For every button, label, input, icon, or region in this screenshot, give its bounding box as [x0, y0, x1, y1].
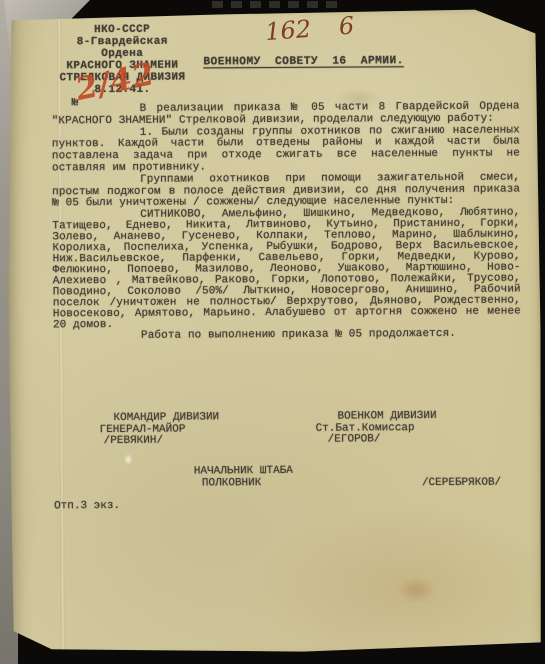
copies-note: Отп.3 экз. [54, 501, 120, 513]
paper-damage-spot [124, 454, 133, 465]
paragraph-settlements-list: СИТНИКОВО, Амельфино, Шишкино, Медведков… [52, 208, 521, 332]
signature-block-commissar: ВОЕНКОМ ДИВИЗИИ Ст.Бат.Комиссар /ЕГОРОВ/ [337, 411, 436, 446]
document-page: НКО-СССР 8-Гвардейская Ордена КРАСНОГО З… [5, 3, 543, 660]
document-title: ВОЕННОМУ СОВЕТУ 16 АРМИИ. [203, 55, 404, 68]
previous-page-edge-fragment [212, 1, 344, 8]
paper-stain [396, 576, 436, 604]
commander-name: /РЕВЯКИН/ [104, 436, 220, 448]
chief-of-staff-rank: ПОЛКОВНИК [202, 477, 293, 489]
chief-of-staff-name: /СЕРЕБРЯКОВ/ [422, 478, 501, 490]
document-body: В реализации приказа № 05 части 8 Гварде… [52, 101, 521, 343]
signature-block-chief-of-staff: НАЧАЛЬНИК ШТАБА ПОЛКОВНИК [194, 466, 293, 490]
handwritten-folio-left: 162 [264, 15, 312, 46]
handwritten-folio-numbers: 1626 [264, 11, 355, 46]
signature-block-commander: КОМАНДИР ДИВИЗИИ ГЕНЕРАЛ-МАЙОР /РЕВЯКИН/ [113, 412, 219, 447]
handwritten-folio-right: 6 [338, 11, 355, 40]
paragraph-closing: Работа по выполнению приказа № 05 продол… [53, 329, 521, 344]
paragraph-item1: 1. Были созданы группы охотников по сжиг… [52, 125, 520, 175]
paragraph-groups: Группами охотников при помощи зажигатель… [52, 172, 520, 210]
commissar-name: /ЕГОРОВ/ [328, 434, 437, 446]
document-scan: НКО-СССР 8-Гвардейская Ордена КРАСНОГО З… [0, 0, 545, 664]
